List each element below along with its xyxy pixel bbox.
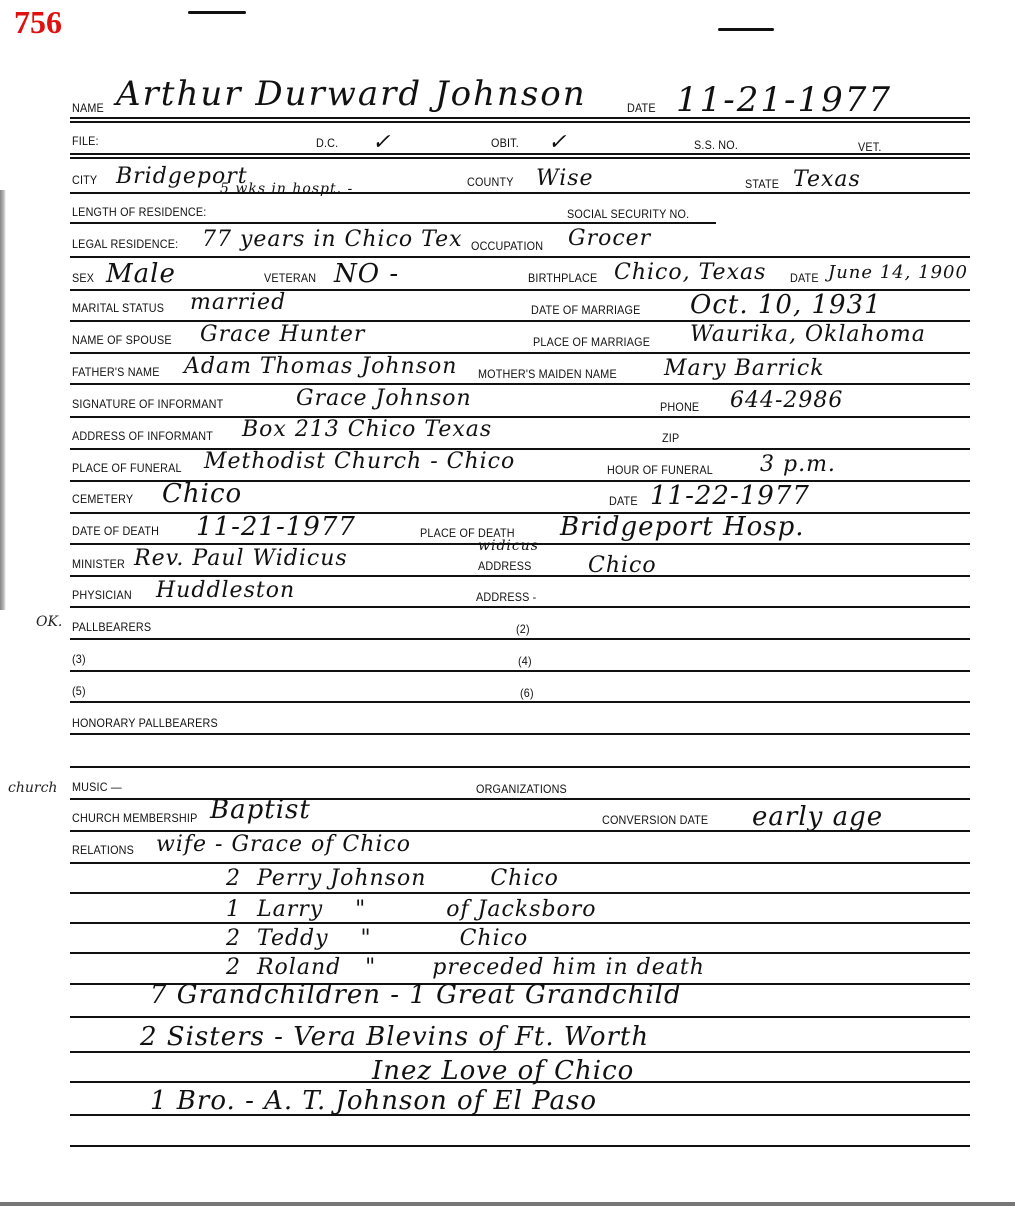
conversion-date-value: early age [752,802,883,832]
occupation-label: OCCUPATION [471,239,543,253]
obit-label: OBIT. [491,136,519,150]
conversion-date-label: CONVERSION DATE [602,813,708,827]
informant-address-value: Box 213 Chico Texas [242,417,492,442]
date-label: DATE [627,101,656,115]
veteran-label: VETERAN [264,271,316,285]
physician-address-label: ADDRESS - [476,590,536,604]
rule [70,701,970,703]
legal-residence-value: 77 years in Chico Tex [202,227,463,252]
rule [70,222,716,224]
relations-line: 1 Larry " of Jacksboro [226,897,597,922]
rule [70,733,970,735]
sex-value: Male [106,259,176,289]
organizations-label: ORGANIZATIONS [476,782,567,796]
pallbearers-label: PALLBEARERS [72,620,151,634]
phone-label: PHONE [660,400,699,414]
rule [70,383,970,385]
relations-line: 2 Teddy " Chico [226,926,528,951]
pallbearer-slot-3: (3) [72,652,86,666]
cemetery-date-value: 11-22-1977 [650,481,810,511]
dc-label: D.C. [316,136,338,150]
pallbearer-slot-2: (2) [516,622,530,636]
state-label: STATE [745,177,779,191]
state-value: Texas [793,167,861,192]
hour-of-funeral-label: HOUR OF FUNERAL [607,463,713,477]
place-of-funeral-value: Methodist Church - Chico [204,449,515,474]
relations-line: 7 Grandchildren - 1 Great Grandchild [150,980,682,1010]
file-label: FILE: [72,134,99,148]
hour-of-funeral-value: 3 p.m. [760,452,836,477]
rule [70,798,970,800]
father-value: Adam Thomas Johnson [184,354,457,379]
date-value: 11-21-1977 [676,80,892,120]
rule [70,153,970,155]
rule [70,638,970,640]
county-value: Wise [536,166,594,191]
relations-line: 2 Perry Johnson Chico [226,866,559,891]
place-of-marriage-value: Waurika, Oklahoma [690,322,926,347]
pallbearer-slot-5: (5) [72,684,86,698]
minister-value: Rev. Paul Widicus [134,546,348,571]
name-label: NAME [72,101,104,115]
mother-label: MOTHER'S MAIDEN NAME [478,367,617,381]
cemetery-value: Chico [162,479,242,509]
spouse-label: NAME OF SPOUSE [72,333,172,347]
city-note: 5 wks in hospt. - [220,181,353,197]
minister-address-label: ADDRESS [478,559,531,573]
rule [70,416,970,418]
dc-check: ✓ [372,130,391,155]
physician-label: PHYSICIAN [72,588,132,602]
spouse-value: Grace Hunter [200,322,365,347]
relations-line: 2 Sisters - Vera Blevins of Ft. Worth [140,1022,649,1052]
rule [70,575,970,577]
occupation-value: Grocer [568,226,651,251]
physician-value: Huddleston [156,578,295,603]
social-security-label: SOCIAL SECURITY NO. [567,207,689,221]
relations-line: 1 Bro. - A. T. Johnson of El Paso [150,1086,597,1116]
birthplace-value: Chico, Texas [614,260,766,285]
music-label: MUSIC — [72,780,122,794]
mother-value: Mary Barrick [664,356,825,381]
marital-status-label: MARITAL STATUS [72,301,164,315]
rule [70,670,970,672]
rule [70,1145,970,1147]
rule [70,1081,970,1083]
rule [70,952,970,954]
date-of-marriage-label: DATE OF MARRIAGE [531,303,640,317]
rule [70,1114,970,1116]
relations-label: RELATIONS [72,843,134,857]
cemetery-label: CEMETERY [72,492,133,506]
birth-date-value: June 14, 1900 [828,262,968,283]
informant-address-label: ADDRESS OF INFORMANT [72,429,213,443]
church-membership-value: Baptist [210,795,311,825]
vet-label: VET. [858,140,882,154]
place-of-death-value: Bridgeport Hosp. [560,512,805,542]
signature-label: SIGNATURE OF INFORMANT [72,397,223,411]
city-label: CITY [72,173,97,187]
funeral-record-form: NAME Arthur Durward Johnson DATE 11-21-1… [0,0,1015,1206]
rule [70,766,970,768]
music-margin-note: church [8,780,57,796]
rule [70,922,970,924]
legal-residence-label: LEGAL RESIDENCE: [72,237,178,251]
father-label: FATHER'S NAME [72,365,160,379]
rule [70,1016,970,1018]
name-value: Arthur Durward Johnson [116,74,587,114]
church-membership-label: CHURCH MEMBERSHIP [72,811,197,825]
place-of-funeral-label: PLACE OF FUNERAL [72,461,182,475]
birth-date-label: DATE [790,271,819,285]
relations-line: 2 Roland " preceded him in death [226,955,705,980]
length-of-residence-label: LENGTH OF RESIDENCE: [72,205,206,219]
rule [70,117,970,119]
birthplace-label: BIRTHPLACE [528,271,597,285]
relations-line: wife - Grace of Chico [156,832,411,857]
rule [70,256,970,258]
date-of-death-value: 11-21-1977 [196,512,356,542]
obit-check: ✓ [548,130,567,155]
cemetery-date-label: DATE [609,494,638,508]
rule [70,192,970,194]
rule [70,606,970,608]
pallbearer-slot-6: (6) [520,686,534,700]
marital-status-value: married [190,290,286,315]
rule [70,892,970,894]
rule [70,862,970,864]
veteran-value: NO - [334,259,399,289]
pallbearers-margin-note: OK. [36,614,62,630]
place-of-marriage-label: PLACE OF MARRIAGE [533,335,650,349]
date-of-marriage-value: Oct. 10, 1931 [690,290,882,320]
minister-label: MINISTER [72,557,125,571]
zip-label: ZIP [662,431,679,445]
minister-correction: widicus [478,538,539,554]
signature-value: Grace Johnson [296,386,472,411]
ss-no-label: S.S. NO. [694,138,738,152]
rule [70,1051,970,1053]
phone-value: 644-2986 [730,388,843,413]
county-label: COUNTY [467,175,514,189]
date-of-death-label: DATE OF DEATH [72,524,159,538]
pallbearer-slot-4: (4) [518,654,532,668]
honorary-pallbearers-label: HONORARY PALLBEARERS [72,716,218,730]
sex-label: SEX [72,271,94,285]
